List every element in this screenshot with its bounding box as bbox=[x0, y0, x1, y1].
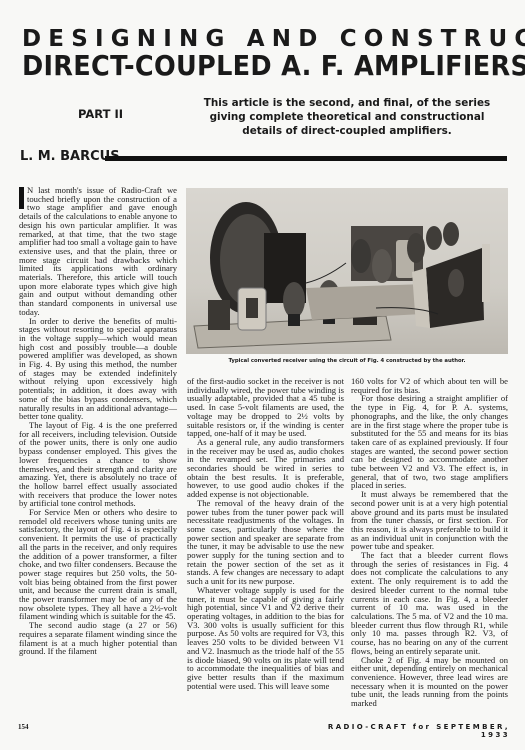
paragraph: The second audio stage (a 27 or 56) requ… bbox=[19, 621, 177, 656]
paragraph: of the first-audio socket in the receive… bbox=[187, 377, 344, 438]
paragraph-text: N last month's issue of Radio-Craft we t… bbox=[19, 185, 177, 317]
paragraph: In order to derive the benefits of multi… bbox=[19, 317, 177, 421]
paragraph: The removal of the heavy drain of the po… bbox=[187, 499, 344, 586]
receiver-photo-illustration bbox=[186, 188, 508, 354]
byline-rule bbox=[105, 156, 507, 161]
body-column-3: 160 volts for V2 of which about ten will… bbox=[351, 377, 508, 708]
paragraph: As a general rule, any audio transformer… bbox=[187, 438, 344, 499]
body-column-2: of the first-audio socket in the receive… bbox=[187, 377, 344, 690]
title-line-2: DIRECT-COUPLED A. F. AMPLIFIERS bbox=[22, 51, 473, 81]
paragraph: For those desiring a straight amplifier … bbox=[351, 394, 508, 490]
body-column-1: IN last month's issue of Radio-Craft we … bbox=[19, 186, 177, 656]
drop-cap: I bbox=[19, 187, 24, 209]
paragraph: IN last month's issue of Radio-Craft we … bbox=[19, 186, 177, 317]
paragraph: It must always be remembered that the se… bbox=[351, 490, 508, 551]
page-number: 154 bbox=[18, 723, 29, 731]
paragraph: The layout of Fig. 4 is the one preferre… bbox=[19, 421, 177, 508]
article-subtitle: This article is the second, and final, o… bbox=[188, 96, 506, 138]
receiver-photo bbox=[186, 188, 508, 354]
part-label: PART II bbox=[78, 107, 123, 121]
title-line-1: DESIGNING AND CONSTRUCTING bbox=[22, 26, 507, 52]
photo-caption: Typical converted receiver using the cir… bbox=[186, 358, 508, 364]
paragraph: The fact that a bleeder current flows th… bbox=[351, 551, 508, 655]
paragraph: Whatever voltage supply is used for the … bbox=[187, 586, 344, 690]
paragraph: For Service Men or others who desire to … bbox=[19, 508, 177, 621]
paragraph: 160 volts for V2 of which about ten will… bbox=[351, 377, 508, 394]
paragraph: Choke 2 of Fig. 4 may be mounted on eith… bbox=[351, 656, 508, 708]
magazine-footer: RADIO-CRAFT for SEPTEMBER, 1933 bbox=[298, 723, 510, 739]
